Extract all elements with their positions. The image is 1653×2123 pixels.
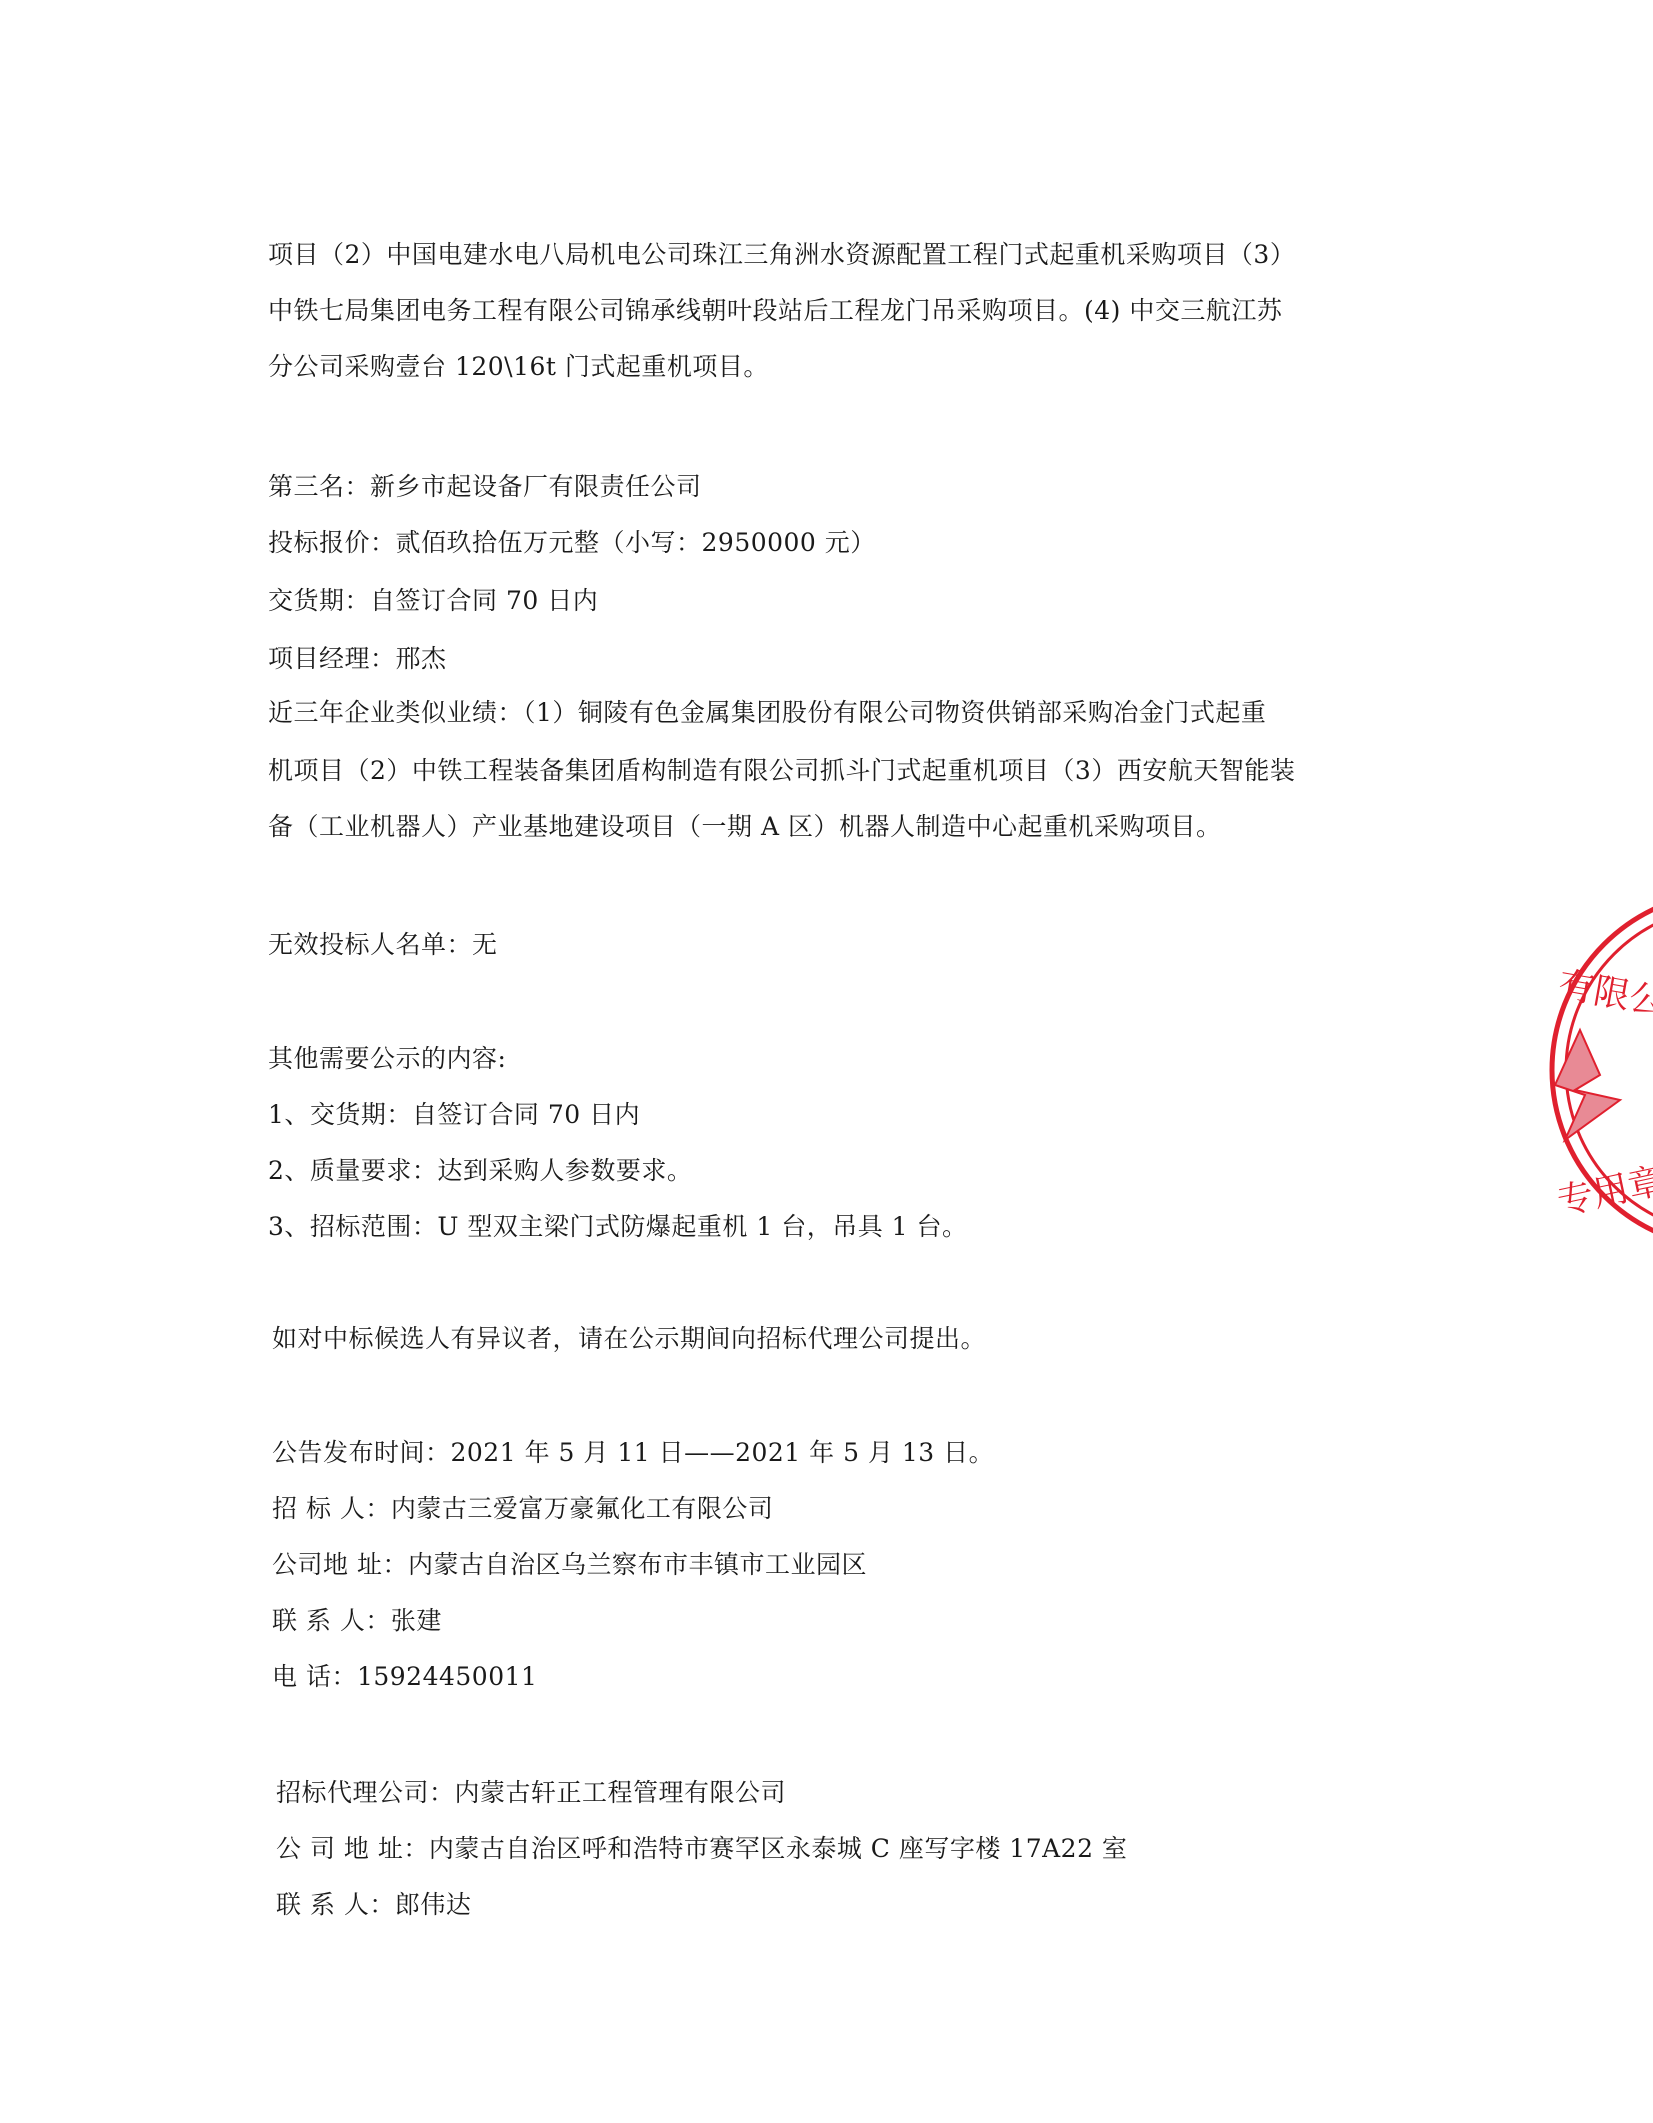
continuation-line-2: 中铁七局集团电务工程有限公司锦承线朝叶段站后工程龙门吊采购项目。(4) 中交三航… [268,294,1282,328]
tenderer: 招 标 人：内蒙古三爱富万豪氟化工有限公司 [272,1492,773,1526]
agency-name: 招标代理公司：内蒙古轩正工程管理有限公司 [276,1776,786,1810]
agency-address: 公 司 地 址：内蒙古自治区呼和浩特市赛罕区永泰城 C 座写字楼 17A22 室 [276,1832,1127,1866]
agency-contact: 联 系 人：郎伟达 [276,1888,471,1922]
tenderer-phone: 电 话：15924450011 [272,1660,537,1694]
other-content-heading: 其他需要公示的内容: [268,1042,506,1076]
other-content-item-2: 2、质量要求：达到采购人参数要求。 [268,1154,692,1188]
continuation-line-3: 分公司采购壹台 120\16t 门式起重机项目。 [268,350,769,384]
objection-notice: 如对中标候选人有异议者，请在公示期间向招标代理公司提出。 [272,1322,986,1356]
third-place-performance-line-2: 机项目（2）中铁工程装备集团盾构制造有限公司抓斗门式起重机项目（3）西安航天智能… [268,754,1295,788]
other-content-item-3: 3、招标范围：U 型双主梁门式防爆起重机 1 台，吊具 1 台。 [268,1210,968,1244]
svg-text:有限公司: 有限公司 [1555,965,1653,1030]
third-place-performance-line-1: 近三年企业类似业绩：（1）铜陵有色金属集团股份有限公司物资供销部采购冶金门式起重 [268,696,1266,730]
tenderer-address: 公司地 址：内蒙古自治区乌兰察布市丰镇市工业园区 [272,1548,867,1582]
svg-text:专用章: 专用章 [1554,1161,1653,1224]
third-place-performance-line-3: 备（工业机器人）产业基地建设项目（一期 A 区）机器人制造中心起重机采购项目。 [268,810,1221,844]
document-page: 项目（2）中国电建水电八局机电公司珠江三角洲水资源配置工程门式起重机采购项目（3… [0,0,1653,2123]
other-content-item-1: 1、交货期：自签订合同 70 日内 [268,1098,640,1132]
third-place-delivery: 交货期：自签订合同 70 日内 [268,584,598,618]
third-place-bid-price: 投标报价：贰佰玖拾伍万元整（小写：2950000 元） [268,526,876,560]
third-place-company: 第三名：新乡市起设备厂有限责任公司 [268,470,702,504]
seal-stamp-icon: 有限公司 专用章 [1540,880,1653,1260]
third-place-project-manager: 项目经理：邢杰 [268,642,447,676]
company-seal-stamp: 有限公司 专用章 [1540,880,1653,1260]
publication-period: 公告发布时间：2021 年 5 月 11 日——2021 年 5 月 13 日。 [272,1436,994,1470]
invalid-bidders: 无效投标人名单：无 [268,928,498,962]
tenderer-contact: 联 系 人：张建 [272,1604,442,1638]
continuation-line-1: 项目（2）中国电建水电八局机电公司珠江三角洲水资源配置工程门式起重机采购项目（3… [268,238,1295,272]
